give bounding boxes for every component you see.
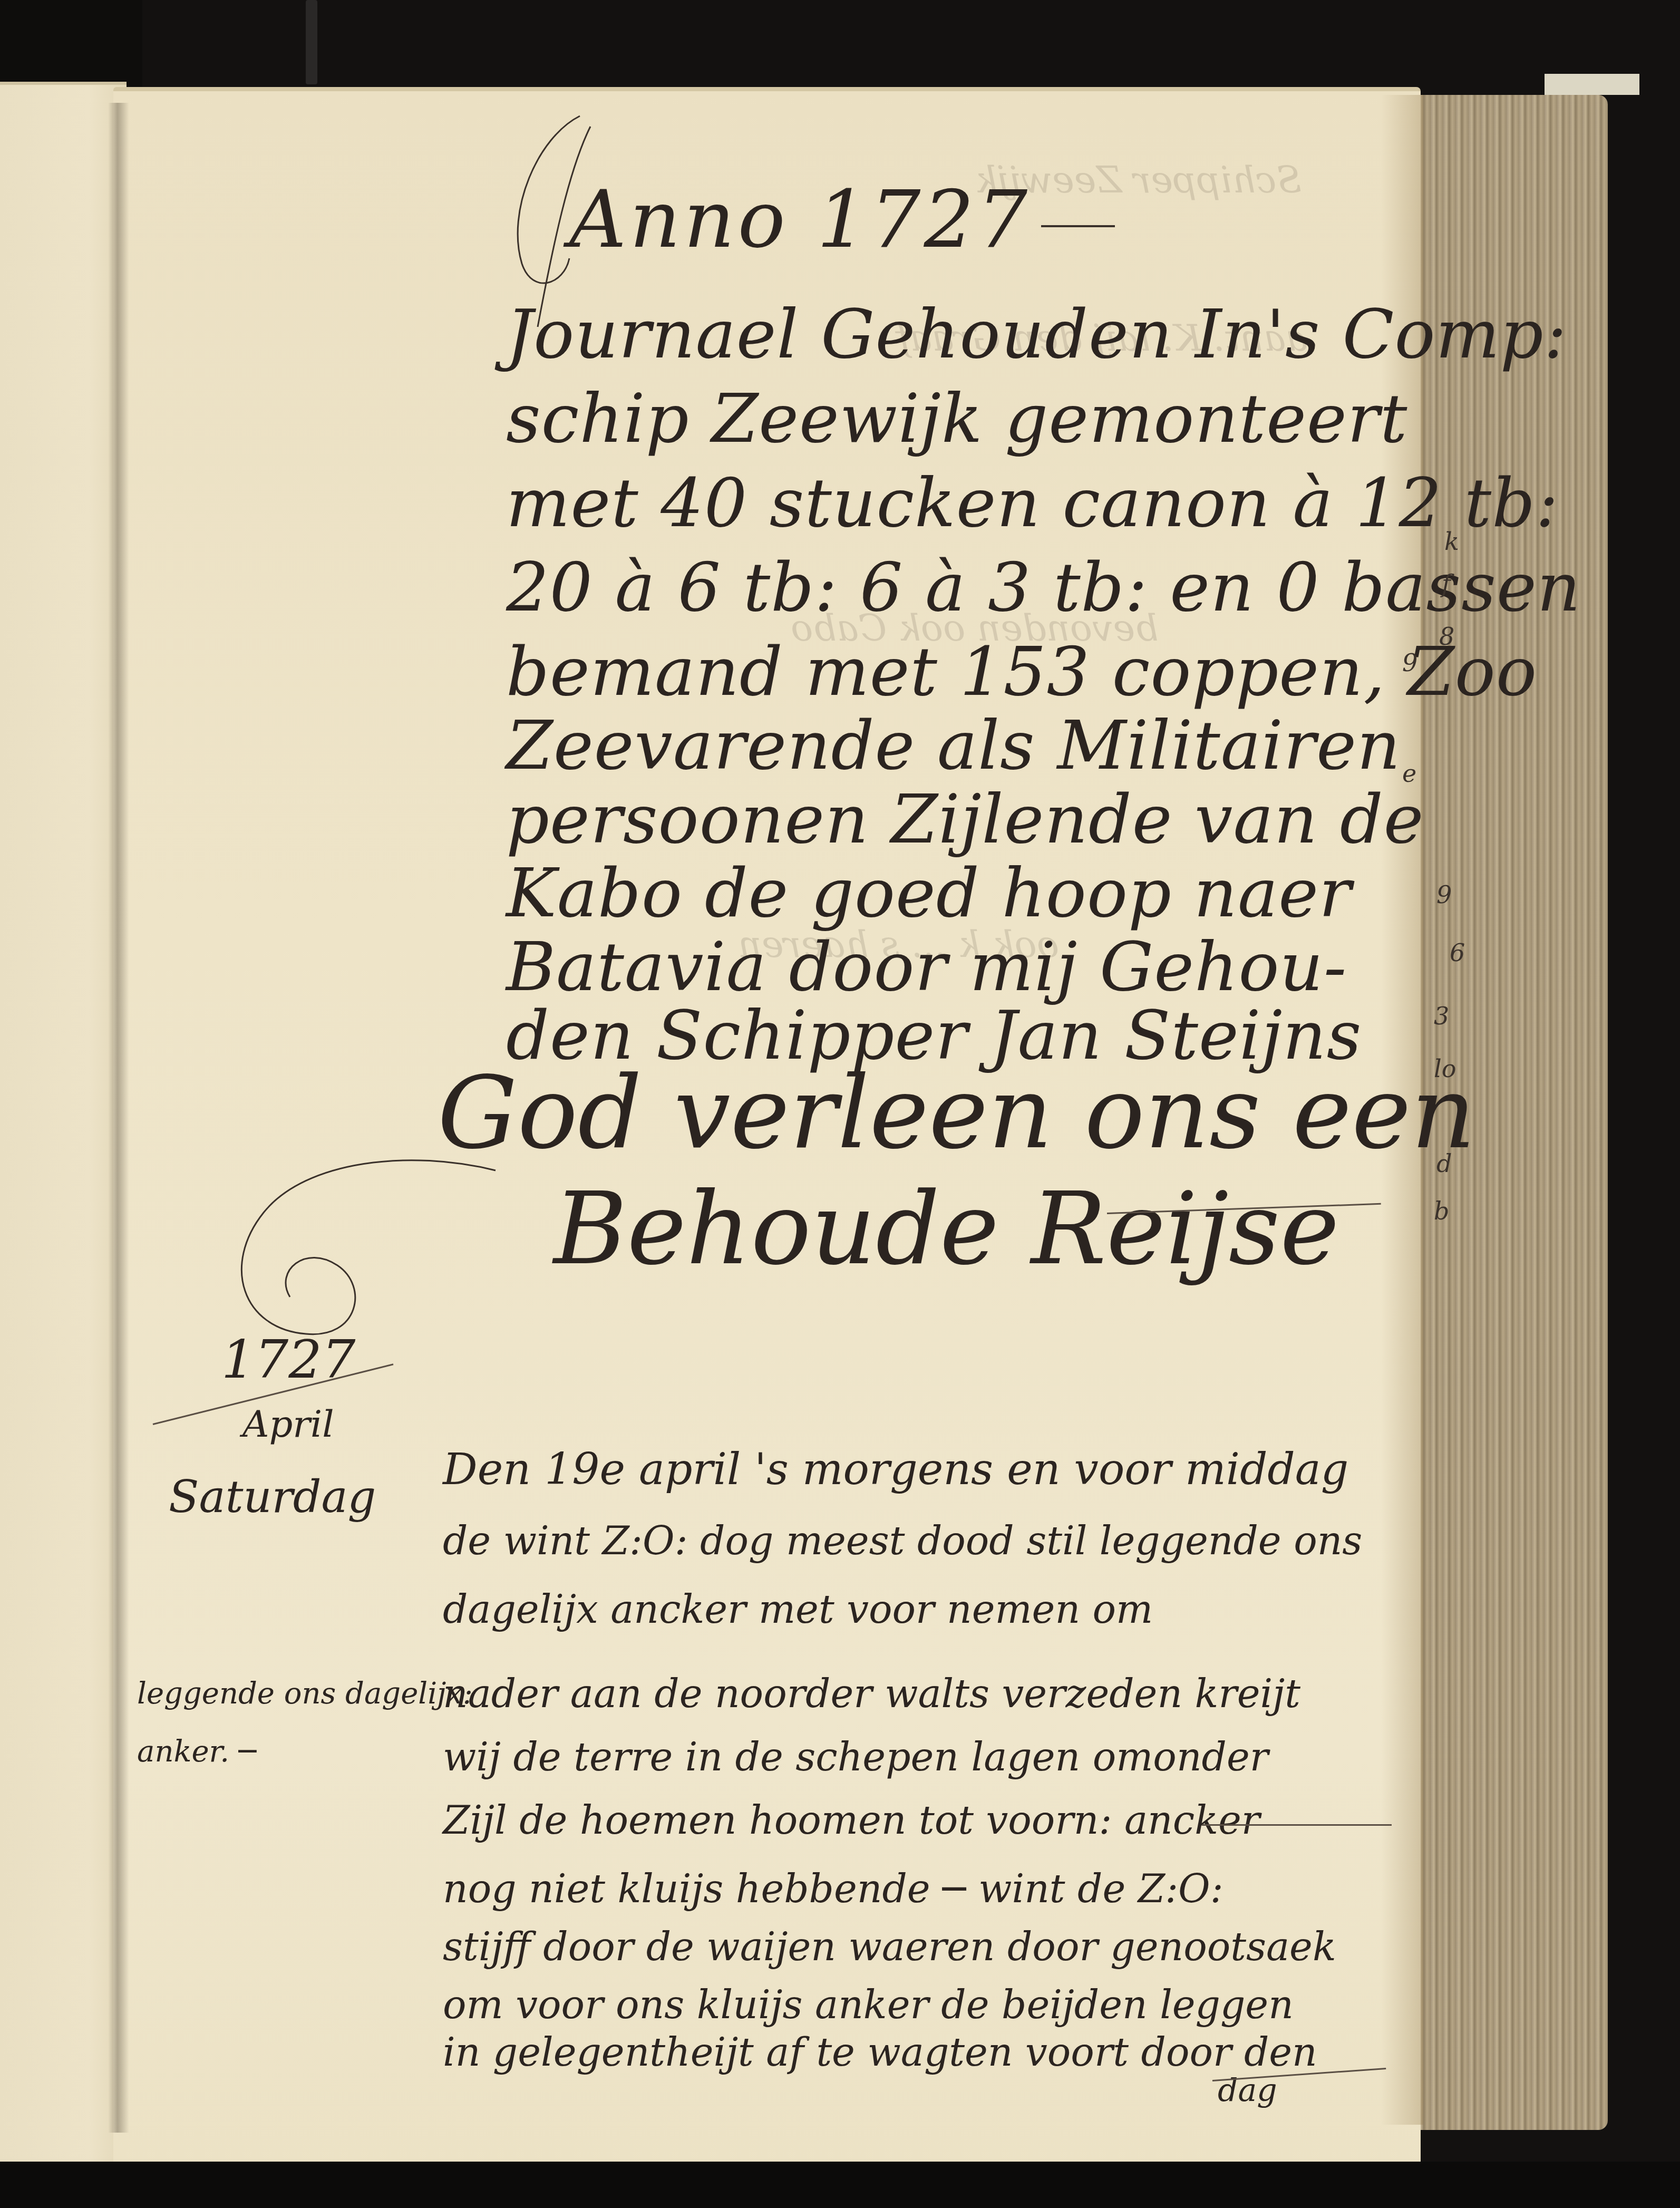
- title-line: persoonen Zijlende van de: [506, 780, 1424, 859]
- title-line: Journael Gehouden In's Comp:: [506, 295, 1567, 374]
- entry-line: in gelegentheijt af te wagten voort door…: [443, 2030, 1317, 2075]
- entry-weekday: Saturdag: [169, 1471, 376, 1523]
- entry-line: dagelijx ancker met voor nemen om: [443, 1587, 1153, 1632]
- title-line: bemand met 153 coppen, Zoo: [506, 633, 1537, 711]
- background-dark-bottom: [0, 2162, 1680, 2208]
- entry-year: 1727: [221, 1329, 356, 1390]
- edge-mark: k: [1444, 527, 1459, 556]
- heading-rule: [1041, 225, 1115, 227]
- motto-line: God verleen ons een: [438, 1054, 1475, 1171]
- entry-line: om voor ons kluijs anker de beijden legg…: [443, 1982, 1294, 2028]
- entry-line: nader aan de noorder walts verzeden krei…: [443, 1671, 1300, 1717]
- edge-mark: lo: [1434, 1054, 1456, 1083]
- entry-line: Zijl de hoemen hoomen tot voorn: ancker: [443, 1798, 1260, 1843]
- heading-text: Anno 1727: [569, 174, 1031, 266]
- edge-mark: 6: [1450, 938, 1465, 967]
- entry-line: wij de terre in de schepen lagen omonder: [443, 1735, 1268, 1780]
- edge-mark: 9: [1436, 880, 1452, 909]
- capital-flourish-icon: [474, 105, 611, 337]
- edge-mark: b: [1434, 1197, 1449, 1225]
- entry-line: stijff door de waijen waeren door genoot…: [443, 1924, 1336, 1970]
- edge-mark: e: [1402, 759, 1416, 788]
- bookmark-stub: [1545, 74, 1639, 95]
- margin-note-line: leggende ons dagelijx:: [137, 1677, 473, 1711]
- title-line: schip Zeewijk gemonteert: [506, 380, 1407, 458]
- title-line: Zeevarende als Militairen: [506, 706, 1401, 785]
- book-cradle-rod: [306, 0, 317, 84]
- edge-mark: 8: [1439, 622, 1454, 651]
- title-line: Batavia door mij Gehou-: [506, 928, 1347, 1006]
- heading-anno: Anno 1727: [569, 174, 1115, 266]
- entry-line: Den 19e april 's morgens en voor middag: [443, 1445, 1348, 1495]
- entry-line: nog niet kluijs hebbende ─ wint de Z:O:: [443, 1866, 1223, 1912]
- margin-note-line: anker. ─: [137, 1735, 256, 1769]
- book-gutter: [108, 103, 129, 2133]
- edge-mark: 9: [1402, 648, 1417, 677]
- edge-mark: f: [1442, 569, 1451, 598]
- entry-line: de wint Z:O: dog meest dood stil leggend…: [443, 1518, 1362, 1564]
- left-page: [0, 82, 127, 2167]
- title-line: Kabo de goed hoop naer: [506, 854, 1352, 933]
- line-fill-rule: [1202, 1824, 1392, 1826]
- entry-month: April: [242, 1402, 334, 1446]
- background-dark: [0, 0, 142, 90]
- motto-line: Behoude Reijse: [553, 1170, 1339, 1287]
- title-line: met 40 stucken canon à 12 tb:: [506, 464, 1559, 543]
- edge-mark: d: [1436, 1149, 1452, 1178]
- edge-mark: 3: [1434, 1002, 1449, 1030]
- title-line: 20 à 6 tb: 6 à 3 tb: en 0 bassen: [506, 548, 1581, 627]
